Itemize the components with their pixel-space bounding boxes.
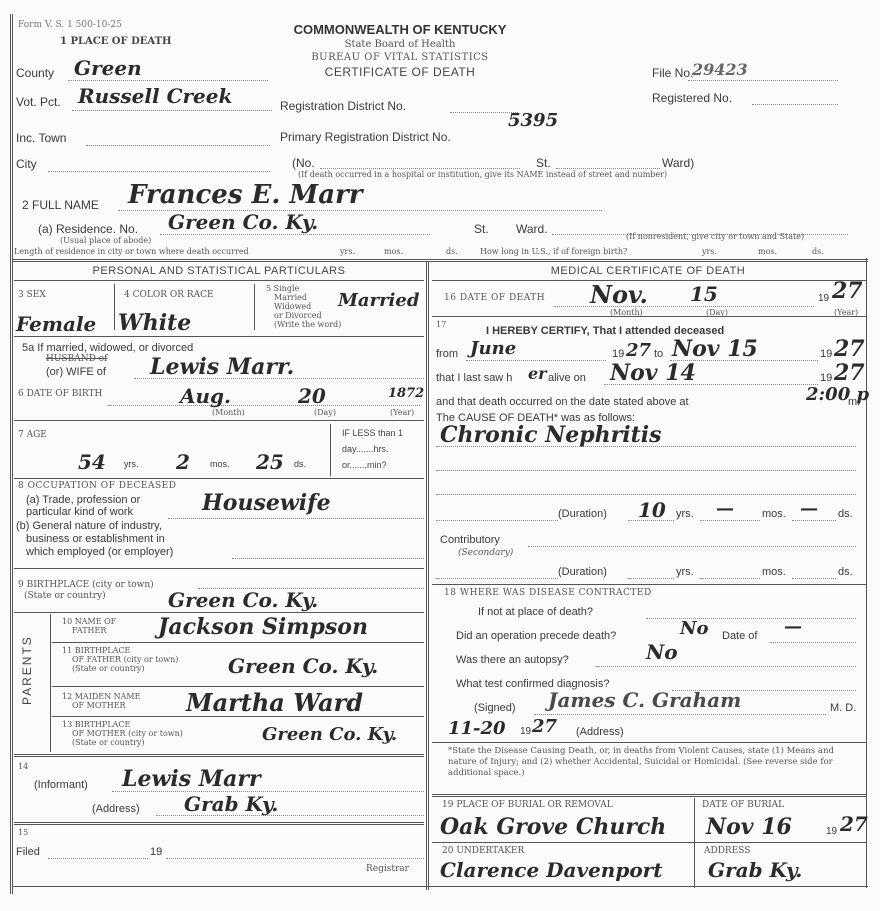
from-label: from — [436, 348, 458, 360]
primary-reg-label: Primary Registration District No. — [280, 130, 451, 144]
sign-year: 27 — [532, 716, 557, 737]
mother-label: 12 MAIDEN NAME OF MOTHER — [62, 692, 140, 710]
burial-year-prefix: 19 — [826, 826, 837, 837]
sign-year-prefix: 19 — [520, 726, 531, 737]
right-border — [866, 258, 867, 888]
last-saw-year: 27 — [834, 360, 865, 386]
trade-label-1: (a) Trade, profession or — [26, 494, 140, 506]
foreign-yrs: yrs. — [702, 247, 717, 256]
industry-label-1: (b) General nature of industry, — [16, 520, 162, 532]
marital-value: Married — [338, 290, 419, 311]
occurred-text: and that death occurred on the date stat… — [436, 396, 689, 408]
duration-ds-label: ds. — [838, 508, 853, 520]
length-ds: ds. — [446, 247, 458, 256]
foreign-mos: mos. — [758, 247, 777, 256]
to-year: 27 — [834, 336, 865, 362]
institution-note: (If death occurred in a hospital or inst… — [298, 170, 667, 179]
city-label: City — [16, 157, 37, 171]
place-of-death-heading: 1 PLACE OF DEATH — [60, 36, 172, 47]
informant-label: (Informant) — [34, 779, 88, 791]
secondary-label: (Secondary) — [458, 548, 513, 558]
trade-value: Housewife — [202, 490, 331, 516]
dod-year-prefix: 19 — [818, 293, 829, 304]
dob-label: 6 DATE OF BIRTH — [18, 389, 102, 399]
last-saw-label: that I last saw h — [436, 372, 512, 384]
undertaker-value: Clarence Davenport — [440, 858, 662, 882]
county-value: Green — [74, 56, 142, 80]
registrar-label: Registrar — [366, 864, 409, 874]
county-label: County — [16, 66, 54, 80]
birthplace-label-2: (State or country) — [24, 591, 106, 601]
autopsy-label: Was there an autopsy? — [456, 654, 569, 666]
form-code: Form V. S. 1 500-10-25 — [18, 20, 122, 30]
residence-label: (a) Residence. No. — [38, 222, 138, 236]
mother-value: Martha Ward — [186, 688, 363, 717]
filed-label: Filed — [16, 846, 40, 858]
informant-value: Lewis Marr — [122, 766, 261, 792]
dod-month: Nov. — [590, 280, 648, 309]
death-time-m: m. — [848, 396, 860, 408]
from-month: June — [470, 338, 516, 359]
section-17-num: 17 — [436, 320, 446, 329]
footnote: *State the Disease Causing Death, or, in… — [448, 746, 858, 779]
dob-year: 1872 — [388, 386, 424, 401]
age-mos-value: 2 — [176, 450, 190, 474]
sex-value: Female — [16, 312, 96, 336]
burial-date-label: DATE OF BURIAL — [702, 800, 784, 810]
length-yrs: yrs. — [340, 247, 355, 256]
age-yrs-value: 54 — [78, 450, 106, 474]
sign-date: 11-20 — [448, 718, 506, 739]
primary-reg-value: 5395 — [508, 110, 558, 131]
spouse-label-1: 5a If married, widowed, or divorced — [22, 342, 193, 354]
to-label: to — [654, 348, 663, 360]
informant-address-label: (Address) — [92, 803, 140, 815]
physician-address-label: (Address) — [576, 726, 624, 738]
dod-label: 16 DATE OF DEATH — [444, 293, 545, 303]
father-birthplace-value: Green Co. Ky. — [228, 654, 378, 678]
last-saw-her: er — [528, 364, 547, 383]
burial-date-value: Nov 16 — [706, 814, 792, 840]
residence-ward-label: Ward. — [516, 222, 548, 236]
mother-birthplace-value: Green Co. Ky. — [262, 724, 397, 745]
physician-signature: James C. Graham — [548, 688, 741, 712]
to-date: Nov 15 — [672, 336, 758, 362]
header-bureau: BUREAU OF VITAL STATISTICS — [290, 52, 510, 63]
dod-year: 27 — [832, 278, 863, 304]
header-board: State Board of Health — [290, 39, 510, 50]
filed-num: 15 — [18, 828, 28, 837]
secondary-duration-label: (Duration) — [558, 566, 607, 578]
operation-label: Did an operation precede death? — [456, 630, 616, 642]
sex-label: 3 SEX — [18, 290, 46, 300]
father-birthplace-label: 11 BIRTHPLACE OF FATHER (city or town) (… — [62, 646, 178, 673]
duration-ds: — — [800, 498, 818, 519]
spouse-value: Lewis Marr. — [150, 354, 294, 380]
signed-label: (Signed) — [474, 702, 516, 714]
burial-place-label: 19 PLACE OF BURIAL OR REMOVAL — [442, 800, 613, 810]
personal-heading: PERSONAL AND STATISTICAL PARTICULARS — [14, 265, 424, 277]
certificate-title: CERTIFICATE OF DEATH — [290, 65, 510, 79]
father-value: Jackson Simpson — [158, 614, 368, 640]
dob-month: Aug. — [180, 384, 231, 408]
informant-address-value: Grab Ky. — [184, 792, 278, 816]
or-min-label: or.......min? — [342, 460, 387, 470]
mother-birthplace-label: 13 BIRTHPLACE OF MOTHER (city or town) (… — [62, 720, 183, 747]
contracted-label: 18 WHERE WAS DISEASE CONTRACTED — [444, 588, 652, 598]
trade-label-2: particular kind of work — [26, 506, 133, 518]
left-border — [10, 14, 13, 894]
burial-year: 27 — [840, 812, 868, 836]
age-yrs-label: yrs. — [124, 459, 139, 469]
not-at-place-label: If not at place of death? — [478, 606, 593, 618]
full-name-value: Frances E. Marr — [128, 180, 362, 210]
nonresident-note: (If nonresident, give city or town and S… — [626, 232, 804, 241]
inc-town-label: Inc. Town — [16, 131, 66, 145]
parents-side-label: PARENTS — [20, 635, 34, 705]
file-label: File No. — [652, 66, 693, 80]
ward-label: Ward) — [662, 156, 694, 170]
dob-day: 20 — [298, 384, 326, 408]
death-certificate: Form V. S. 1 500-10-25 COMMONWEALTH OF K… — [0, 0, 880, 911]
vot-pct-value: Russell Creek — [78, 84, 232, 108]
foreign-birth-label: How long in U.S., if of foreign birth? — [480, 247, 627, 256]
marital-label: 5 Single Married Widowed or Divorced (Wr… — [266, 284, 341, 329]
spouse-label-2: (or) WIFE of — [46, 366, 106, 378]
duration-yrs-label: yrs. — [676, 508, 694, 520]
contributory-label: Contributory — [440, 534, 500, 546]
operation-date-value: — — [784, 616, 802, 637]
dob-month-sub: (Month) — [212, 408, 245, 417]
informant-num: 14 — [18, 762, 28, 771]
vot-pct-label: Vot. Pct. — [16, 95, 61, 109]
operation-date-label: Date of — [722, 630, 757, 642]
dob-year-sub: (Year) — [390, 408, 414, 417]
residence-st-label: St. — [474, 222, 489, 236]
residence-value: Green Co. Ky. — [168, 210, 318, 234]
race-label: 4 COLOR OR RACE — [124, 290, 214, 300]
less-than-1-label: IF LESS than 1 — [342, 428, 403, 438]
md-label: M. D. — [830, 702, 856, 714]
residence-sub: (Usual place of abode) — [60, 236, 151, 245]
foreign-ds: ds. — [812, 247, 824, 256]
dod-day: 15 — [690, 282, 718, 306]
dob-day-sub: (Day) — [314, 408, 336, 417]
undertaker-label: 20 UNDERTAKER — [442, 846, 524, 856]
alive-on-label: alive on — [548, 372, 586, 384]
undertaker-address-value: Grab Ky. — [708, 858, 802, 882]
last-saw-date: Nov 14 — [610, 360, 696, 386]
duration-yrs: 10 — [638, 498, 666, 522]
age-label: 7 AGE — [18, 430, 47, 440]
day-hrs-label: day.......hrs. — [342, 444, 388, 454]
father-label: 10 NAME OF FATHER — [62, 617, 116, 635]
st-label: St. — [536, 156, 551, 170]
birthplace-label-1: 9 BIRTHPLACE (city or town) — [18, 580, 154, 590]
column-divider — [426, 262, 429, 890]
reg-district-label: Registration District No. — [280, 99, 406, 113]
duration-mos-label: mos. — [762, 508, 786, 520]
no-label: (No. — [292, 156, 315, 170]
undertaker-address-label: ADDRESS — [704, 846, 750, 856]
age-ds-value: 25 — [256, 450, 284, 474]
autopsy-value: No — [646, 640, 678, 664]
full-name-label: 2 FULL NAME — [22, 198, 99, 212]
duration-label: (Duration) — [558, 508, 607, 520]
industry-label-2: business or establishment in — [26, 533, 165, 545]
race-value: White — [118, 310, 191, 336]
operation-value: No — [680, 618, 708, 639]
burial-place-value: Oak Grove Church — [440, 814, 666, 840]
cause-value: Chronic Nephritis — [440, 422, 662, 448]
spouse-label-struck: HUSBAND of — [46, 354, 107, 364]
filed-year-prefix: 19 — [150, 846, 162, 858]
duration-mos: — — [716, 498, 734, 519]
age-ds-label: ds. — [294, 459, 306, 469]
header-state: COMMONWEALTH OF KENTUCKY — [290, 22, 510, 37]
length-residence-label: Length of residence in city or town wher… — [14, 247, 249, 256]
length-mos: mos. — [384, 247, 403, 256]
industry-label-3: which employed (or employer) — [26, 546, 173, 558]
medical-heading: MEDICAL CERTIFICATE OF DEATH — [432, 265, 864, 277]
birthplace-value: Green Co. Ky. — [168, 588, 318, 612]
registered-label: Registered No. — [652, 91, 732, 105]
from-year: 27 — [626, 340, 651, 361]
occupation-label: 8 OCCUPATION OF DECEASED — [18, 481, 176, 491]
file-no-value: 29423 — [692, 60, 748, 79]
age-mos-label: mos. — [210, 459, 230, 469]
